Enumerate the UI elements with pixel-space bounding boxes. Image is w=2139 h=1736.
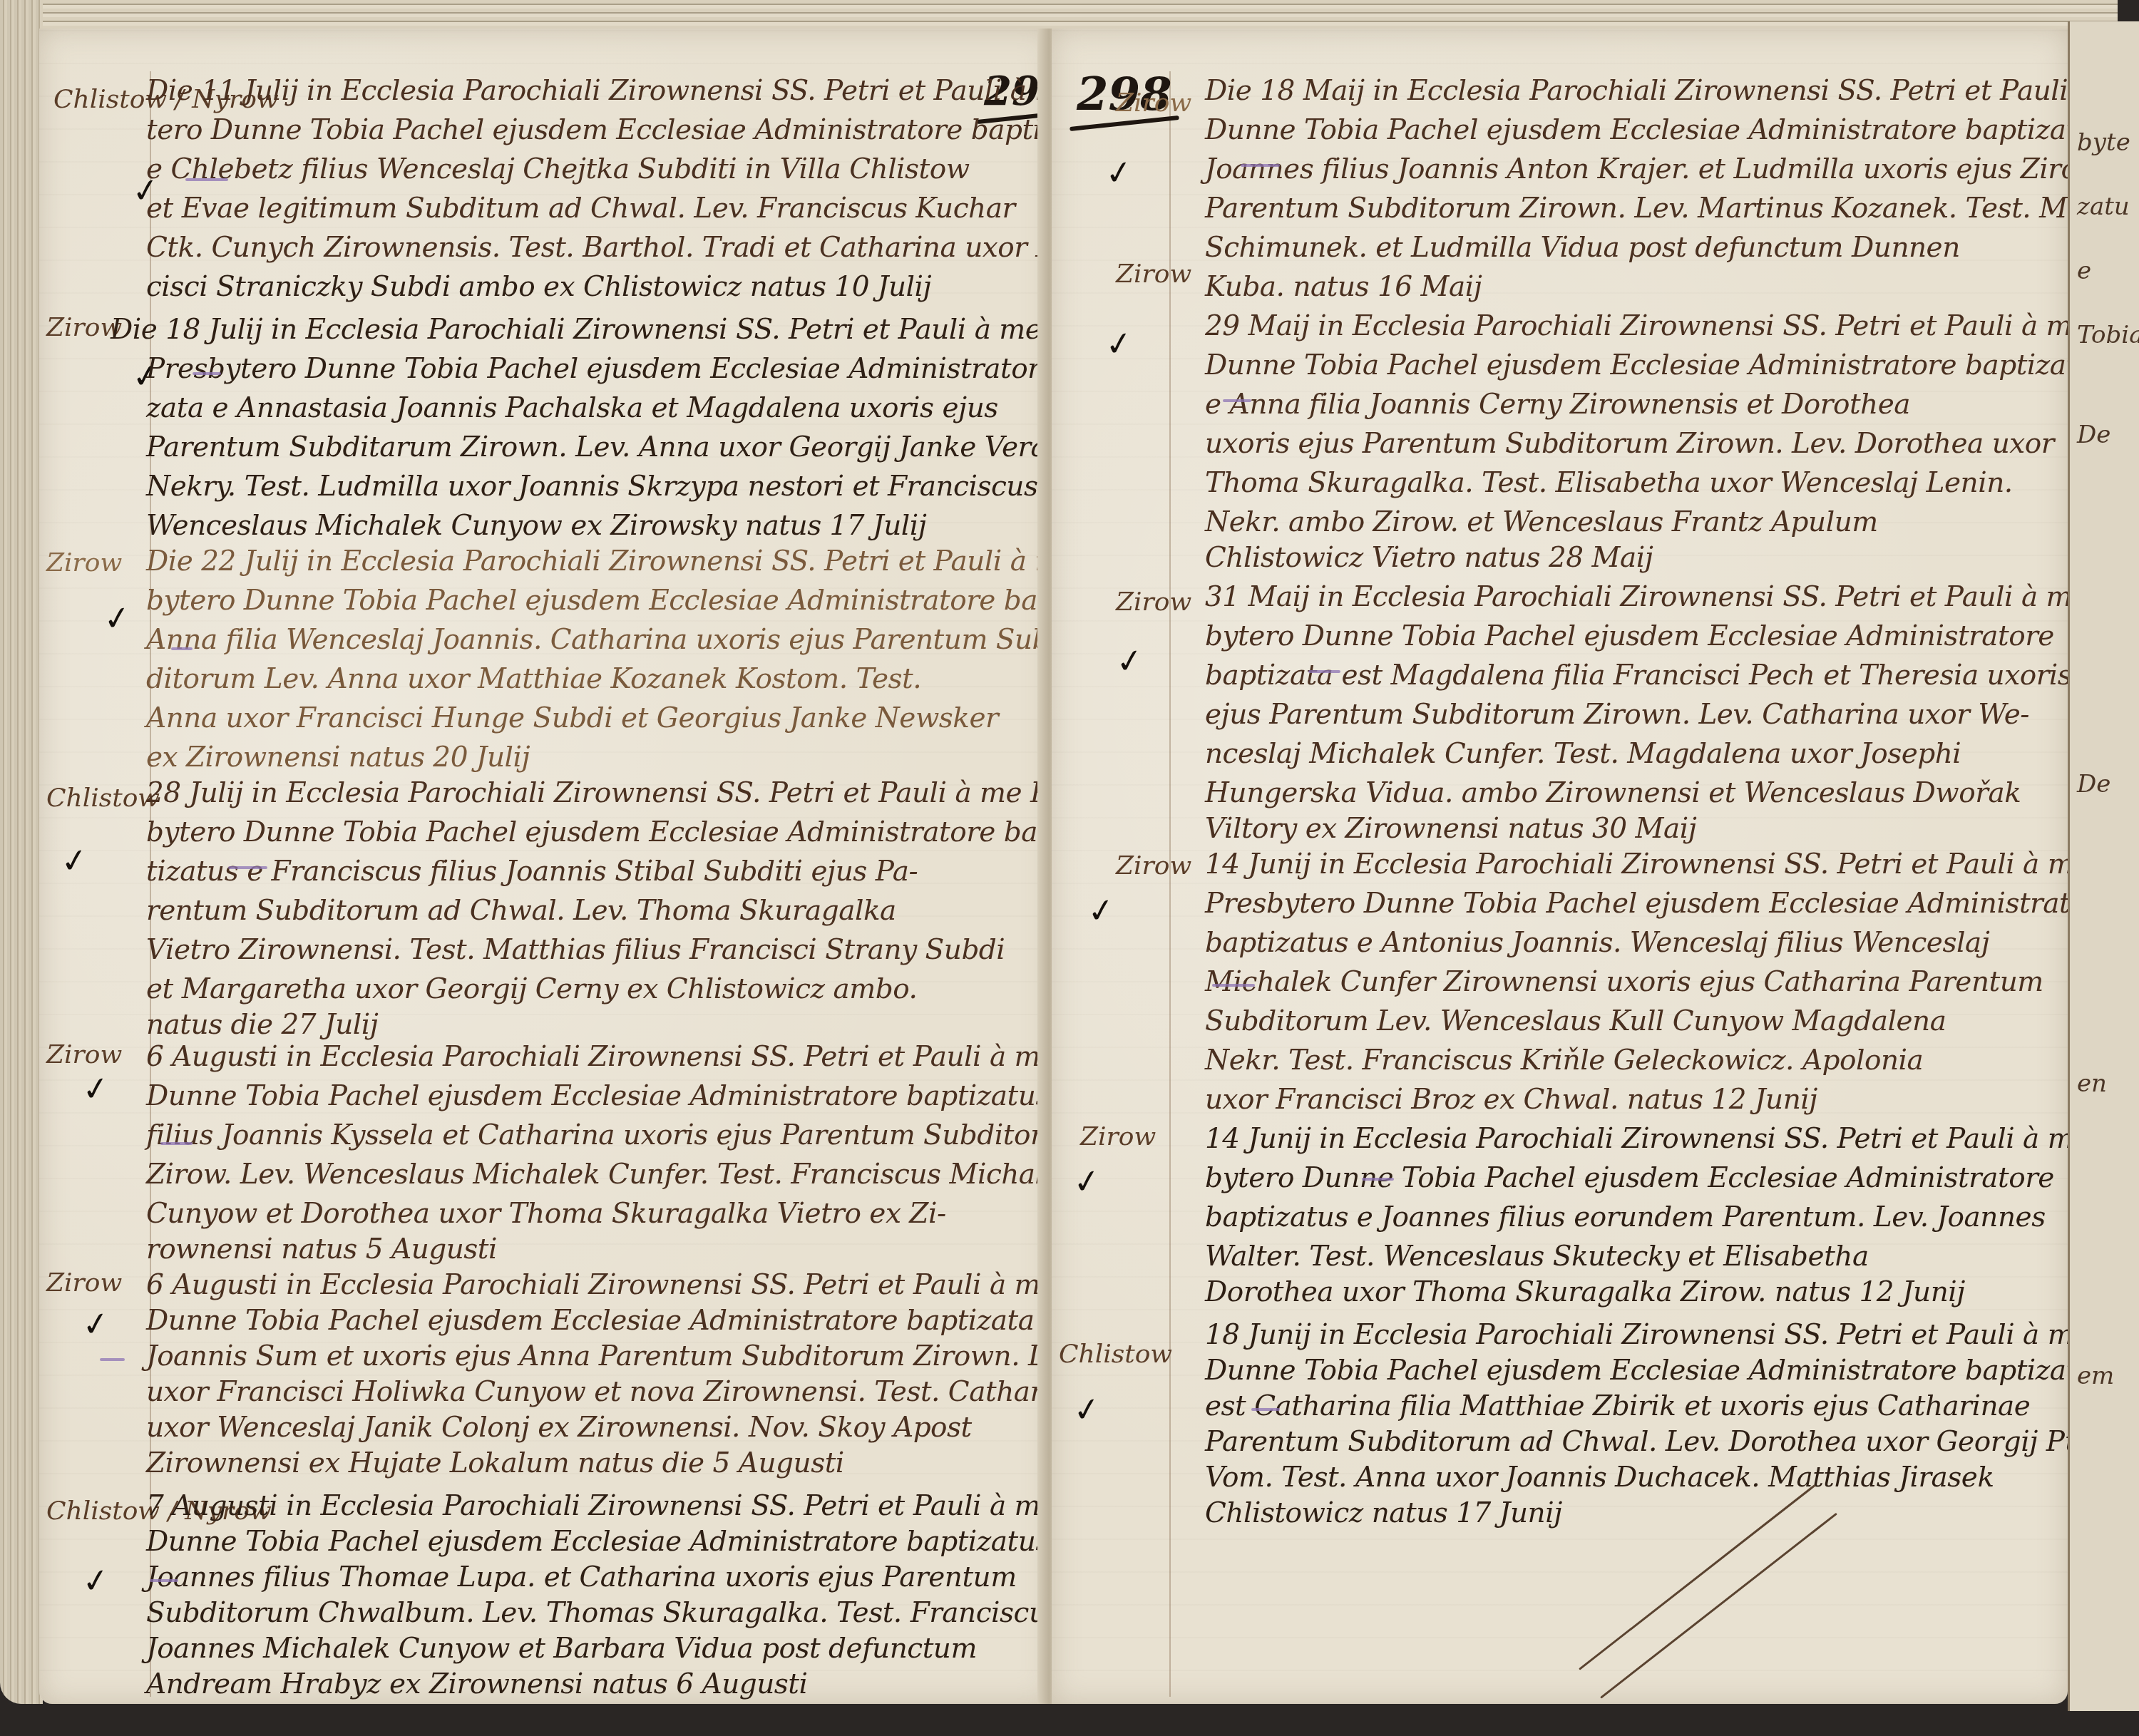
entry-line: Anna filia Wenceslaj Joannis. Catharina … [146,624,1059,656]
next-page-text: en [2077,1069,2107,1098]
check-mark-icon: ✓ [1070,1161,1103,1203]
entry-line: 14 Junij in Ecclesia Parochiali Zirownen… [1205,848,2090,880]
next-page-text: zatu [2077,192,2130,221]
entry-line: rownensi natus 5 Augusti [146,1233,497,1265]
entry-line: 31 Maij in Ecclesia Parochiali Zirownens… [1205,581,2139,613]
right-page: 298 Zirow ✓ Die 18 Maij in Ecclesia Paro… [1052,29,2068,1704]
entry-line: 28 Julij in Ecclesia Parochiali Zirownen… [146,777,1101,809]
entry-line: Die 11 Julij in Ecclesia Parochiali Ziro… [146,75,1189,107]
entry-line: e Anna filia Joannis Cerny Zirownensis e… [1205,389,1910,421]
page-block-left-edge [0,0,43,1704]
entry-line: Cunyow et Dorothea uxor Thoma Skuragalka… [146,1198,946,1230]
entry-line: Chlistowicz natus 17 Junij [1205,1497,1562,1529]
margin-village: Zirow [1080,1123,1156,1151]
entry-line: Parentum Subditorum ad Chwal. Lev. Dorot… [1205,1426,2099,1458]
check-mark-icon: ✓ [1102,323,1135,365]
margin-village: Zirow [1116,588,1191,617]
entry-line: filius Joannis Kyssela et Catharina uxor… [146,1119,1087,1151]
next-page-text: Tobia [2077,321,2139,349]
entry-line: bytero Dunne Tobia Pachel ejusdem Eccles… [1205,1162,2054,1194]
check-mark-icon: ✓ [101,597,133,640]
check-mark-icon: ✓ [1070,1389,1103,1431]
entry-line: Joannis Sum et uxoris ejus Anna Parentum… [146,1340,1162,1372]
next-page-text: De [2077,421,2110,449]
margin-village: Chlistow [46,784,160,813]
entry-line: uxor Wenceslaj Janik Colonj ex Zirownens… [146,1412,972,1444]
entry-line: et Margaretha uxor Georgij Cerny ex Chli… [146,973,917,1005]
violet-underline [185,178,228,181]
entry-line: baptizatus e Joannes filius eorundem Par… [1205,1201,2046,1233]
entry-line: Hungerska Vidua. ambo Zirownensi et Wenc… [1205,777,2021,809]
next-page-text: em [2077,1362,2114,1390]
entry-line: Joannes filius Joannis Anton Krajer. et … [1205,153,2139,185]
entry-line: uxor Francisci Broz ex Chwal. natus 12 J… [1205,1084,1817,1116]
entry-line: Zirownensi ex Hujate Lokalum natus die 5… [146,1447,844,1479]
check-mark-icon: ✓ [79,1560,112,1602]
entry-line: Parentum Subditarum Zirown. Lev. Anna ux… [146,431,1047,463]
next-page-text: e [2077,257,2091,285]
entry-line: Vom. Test. Anna uxor Joannis Duchacek. M… [1205,1462,1994,1494]
entry-line: tero Dunne Tobia Pachel ejusdem Ecclesia… [146,114,1114,146]
margin-village: Zirow [46,1041,122,1069]
entry-line: e Chlebetz filius Wenceslaj Chejtka Subd… [146,153,970,185]
margin-village: Zirow [46,1269,122,1298]
violet-underline [1362,1178,1394,1181]
entry-line: Thoma Skuragalka. Test. Elisabetha uxor … [1205,467,2013,499]
entry-line: Michalek Cunfer Zirownensi uxoris ejus C… [1205,966,2043,998]
entry-line: uxoris ejus Parentum Subditorum Zirown. … [1205,428,2054,460]
entry-line: baptizatus e Antonius Joannis. Wenceslaj… [1205,927,1989,959]
entry-line: baptizata est Magdalena filia Francisci … [1205,659,2071,692]
closing-stroke [1579,1484,1816,1670]
entry-line: 29 Maij in Ecclesia Parochiali Zirownens… [1205,310,2139,342]
entry-line: rentum Subditorum ad Chwal. Lev. Thoma S… [146,895,896,927]
violet-underline [193,372,221,375]
entry-line: Nekr. ambo Zirow. et Wenceslaus Frantz A… [1205,506,1878,538]
entry-line: Nekry. Test. Ludmilla uxor Joannis Skrzy… [146,471,1037,503]
entry-line: Subditorum Chwalbum. Lev. Thomas Skuraga… [146,1597,1060,1629]
entry-line: ditorum Lev. Anna uxor Matthiae Kozanek … [146,663,921,695]
check-mark-icon: ✓ [58,840,91,882]
entry-line: Joannes filius Thomae Lupa. et Catharina… [146,1561,1017,1593]
entry-line: Chlistowicz Vietro natus 28 Maij [1205,542,1653,574]
entry-line: ejus Parentum Subditorum Zirown. Lev. Ca… [1205,699,2029,731]
entry-line: Presbytero Dunne Tobia Pachel ejusdem Ec… [146,353,1144,385]
entry-line: Dunne Tobia Pachel ejusdem Ecclesiae Adm… [146,1526,1074,1558]
check-mark-icon: ✓ [1084,890,1117,932]
check-mark-icon: ✓ [1102,152,1135,194]
check-mark-icon: ✓ [79,1303,112,1345]
violet-underline [171,647,193,650]
next-page-text: byte [2077,128,2130,157]
entry-line: Kuba. natus 16 Maij [1205,271,1482,303]
violet-underline [150,1579,178,1582]
entry-line: Die 18 Julij in Ecclesia Parochiali Ziro… [111,314,1041,346]
entry-line: Dunne Tobia Pachel ejusdem Ecclesiae Adm… [1205,114,2133,146]
check-mark-icon: ✓ [1113,640,1146,682]
violet-underline [100,1358,125,1361]
entry-line: Dorothea uxor Thoma Skuragalka Zirow. na… [1205,1276,1965,1308]
next-page-edge: byte zatu e Tobia De De en em [2068,21,2139,1711]
entry-line: natus die 27 Julij [146,1009,378,1041]
violet-underline [160,1142,193,1145]
violet-underline [1308,670,1340,673]
entry-line: est Catharina filia Matthiae Zbirik et u… [1205,1390,2030,1422]
entry-line: ex Zirownensi natus 20 Julij [146,741,530,774]
margin-village: Zirow [46,549,122,577]
entry-line: Wenceslaus Michalek Cunyow ex Zirowsky n… [146,510,926,542]
entry-line: Vietro Zirownensi. Test. Matthias filius… [146,934,1005,966]
entry-line: nceslaj Michalek Cunfer. Test. Magdalena… [1205,738,1961,770]
violet-underline [1212,984,1255,987]
closing-stroke [1600,1513,1837,1699]
margin-village: Zirow [1116,260,1191,289]
entry-line: Zirow. Lev. Wenceslaus Michalek Cunfer. … [146,1159,1076,1191]
entry-line: Viltory ex Zirownensi natus 30 Maij [1205,813,1696,845]
entry-line: zata e Annastasia Joannis Pachalska et M… [146,392,998,424]
entry-line: Anna uxor Francisci Hunge Subdi et Georg… [146,702,998,734]
entry-line: Die 18 Maij in Ecclesia Parochiali Zirow… [1205,75,2139,107]
entry-line: bytero Dunne Tobia Pachel ejusdem Eccles… [146,816,1064,848]
margin-rule [1169,71,1171,1697]
entry-line: Walter. Test. Wenceslaus Skutecky et Eli… [1205,1241,1869,1273]
entry-line: bytero Dunne Tobia Pachel ejusdem Eccles… [146,585,1156,617]
entry-line: uxor Francisci Holiwka Cunyow et nova Zi… [146,1376,1085,1408]
next-page-text: De [2077,770,2110,798]
entry-line: cisci Straniczky Subdi ambo ex Chlistowi… [146,271,931,303]
entry-line: 14 Junij in Ecclesia Parochiali Zirownen… [1205,1123,2139,1155]
entry-line: Presbytero Dunne Tobia Pachel ejusdem Ec… [1205,888,2115,920]
entry-line: Ctk. Cunych Zirownensis. Test. Barthol. … [146,232,1110,264]
margin-village: Chlistow [1059,1340,1172,1369]
left-page: 297 Chlistow / Nyrow ✓ Die 11 Julij in E… [39,29,1052,1704]
entry-line: Nekr. Test. Franciscus Kriňle Geleckowic… [1205,1044,1923,1077]
entry-line: Dunne Tobia Pachel ejusdem Ecclesiae Adm… [1205,1355,2093,1387]
entry-line: Andream Hrabyz ex Zirownensi natus 6 Aug… [146,1668,808,1700]
violet-underline [228,866,267,869]
margin-village: Zirow [1116,852,1191,880]
entry-line: Parentum Subditorum Zirown. Lev. Martinu… [1205,192,2139,225]
violet-underline [1223,399,1251,402]
entry-line: et Evae legitimum Subditum ad Chwal. Lev… [146,192,1015,225]
check-mark-icon: ✓ [79,1068,112,1110]
register-spread: 297 Chlistow / Nyrow ✓ Die 11 Julij in E… [0,0,2139,1736]
entry-line: Subditorum Lev. Wenceslaus Kull Cunyow M… [1205,1005,1946,1037]
violet-underline [1241,164,1280,167]
entry-line: Die 22 Julij in Ecclesia Parochiali Ziro… [146,545,1156,577]
entry-line: bytero Dunne Tobia Pachel ejusdem Eccles… [1205,620,2054,652]
entry-line: Joannes Michalek Cunyow et Barbara Vidua… [146,1633,977,1665]
entry-line: tizatus e Franciscus filius Joannis Stib… [146,856,918,888]
margin-village: Zirow [1116,89,1191,118]
entry-line: Dunne Tobia Pachel ejusdem Ecclesiae Adm… [1205,349,2093,381]
entry-line: 18 Junij in Ecclesia Parochiali Zirownen… [1205,1319,2139,1351]
violet-underline [1251,1408,1280,1411]
entry-line: Schimunek. et Ludmilla Vidua post defunc… [1205,232,1960,264]
